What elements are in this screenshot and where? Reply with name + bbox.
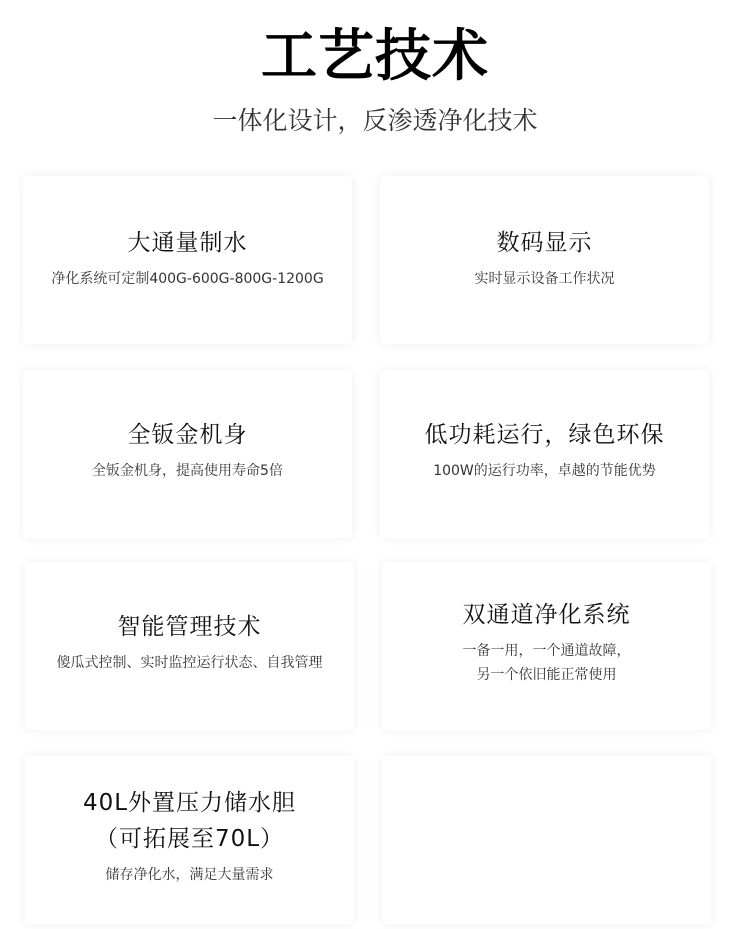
- card-title: 双通道净化系统: [463, 597, 631, 633]
- feature-card-empty: [382, 756, 711, 924]
- card-desc: 净化系统可定制400G-600G-800G-1200G: [51, 267, 323, 291]
- feature-card-low-power: 低功耗运行，绿色环保 100W的运行功率，卓越的节能优势: [380, 370, 709, 538]
- card-desc-line-1: 一备一用，一个通道故障，: [463, 639, 631, 663]
- feature-card-dual-channel: 双通道净化系统 一备一用，一个通道故障， 另一个依旧能正常使用: [382, 562, 711, 730]
- feature-card-digital-display: 数码显示 实时显示设备工作状况: [380, 176, 709, 344]
- card-desc: 傻瓜式控制、实时监控运行状态、自我管理: [57, 651, 323, 675]
- card-desc: 全钣金机身，提高使用寿命5倍: [92, 459, 283, 483]
- card-title: 数码显示: [497, 225, 593, 261]
- card-title-line-1: 40L外置压力储水胆: [83, 785, 296, 821]
- feature-card-pressure-tank: 40L外置压力储水胆 （可拓展至70L） 储存净化水，满足大量需求: [25, 756, 354, 924]
- page-subtitle: 一体化设计，反渗透净化技术: [0, 104, 750, 138]
- page-title: 工艺技术: [0, 22, 750, 92]
- card-title: 全钣金机身: [128, 417, 248, 453]
- card-title: 大通量制水: [128, 225, 248, 261]
- feature-card-sheet-metal: 全钣金机身 全钣金机身，提高使用寿命5倍: [23, 370, 352, 538]
- feature-card-smart-management: 智能管理技术 傻瓜式控制、实时监控运行状态、自我管理: [25, 562, 354, 730]
- card-desc-line-2: 另一个依旧能正常使用: [477, 663, 617, 687]
- card-title-line-2: （可拓展至70L）: [95, 821, 284, 857]
- card-title: 低功耗运行，绿色环保: [425, 417, 665, 453]
- card-desc: 实时显示设备工作状况: [475, 267, 615, 291]
- card-title: 智能管理技术: [118, 609, 262, 645]
- card-desc: 储存净化水，满足大量需求: [106, 863, 274, 887]
- feature-card-high-flow: 大通量制水 净化系统可定制400G-600G-800G-1200G: [23, 176, 352, 344]
- card-desc: 100W的运行功率，卓越的节能优势: [433, 459, 656, 483]
